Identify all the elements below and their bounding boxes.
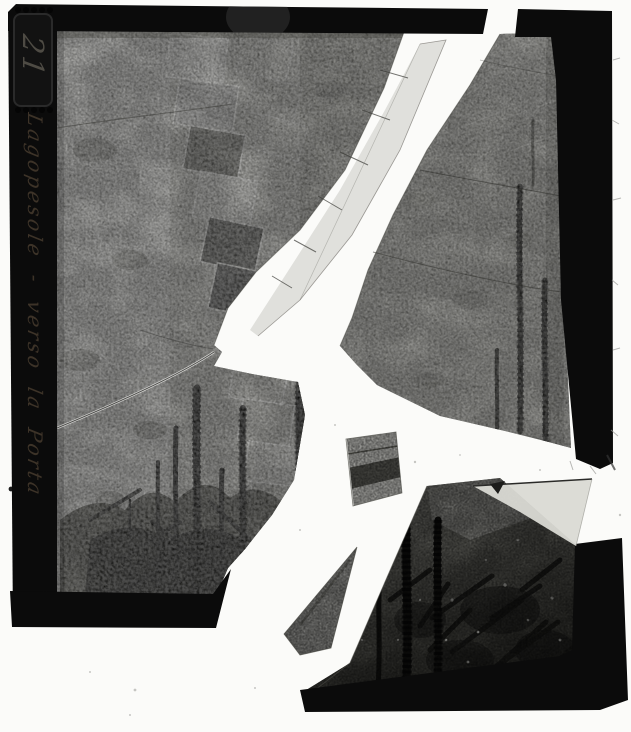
slide-artwork — [0, 0, 631, 732]
broken-lantern-slide-scan: 21 Lagopesole - verso la Porta — [0, 0, 631, 732]
slide-number-stamp — [14, 7, 53, 113]
